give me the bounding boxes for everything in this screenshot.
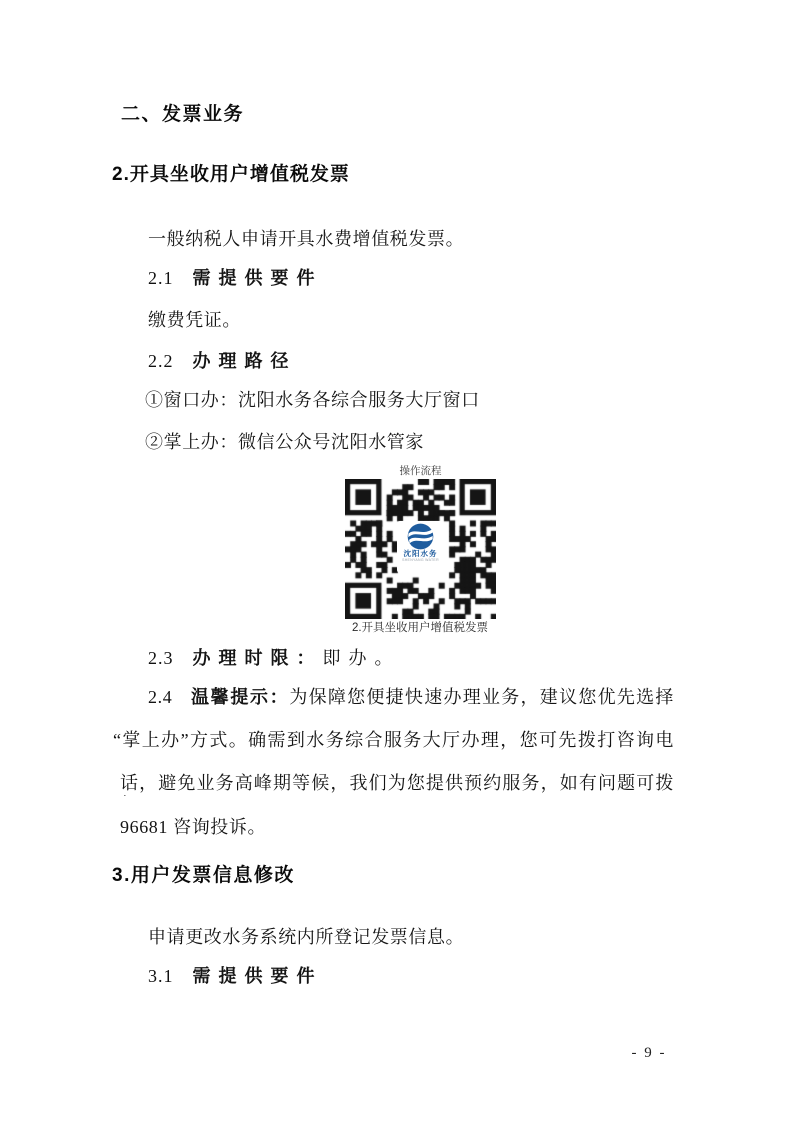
qr-code-block: 沈阳水务 SHENYANG WATER xyxy=(345,479,496,619)
subsection-2-1-body: 缴费凭证。 xyxy=(148,309,241,332)
section-2-heading: 2.开具坐收用户增值税发票 xyxy=(112,163,350,187)
subsection-2-2-title: 办理路径 xyxy=(193,351,297,371)
notice-paragraph-line-2: “掌上办”方式。确需到水务综合服务大厅办理，您可先拨打咨询电 xyxy=(113,729,674,753)
notice-text-line-1: 为保障您便捷快速办理业务，建议您优先选择 xyxy=(289,687,674,707)
section-2-intro: 一般纳税人申请开具水费增值税发票。 xyxy=(148,228,464,251)
qr-logo-subtext: SHENYANG WATER xyxy=(402,558,439,562)
page-number: - 9 - xyxy=(618,1044,680,1063)
subsection-2-1-heading: 2.1需提供要件 xyxy=(148,267,323,290)
subsection-2-3-label: 办理时限： xyxy=(193,648,323,668)
channel-window-line: ①窗口办：沈阳水务各综合服务大厅窗口 xyxy=(145,389,480,412)
qr-logo-text: 沈阳水务 xyxy=(404,550,438,558)
notice-paragraph-line-3: 话，避免业务高峰期等候，我们为您提供预约服务，如有问题可拨打 xyxy=(120,772,674,796)
qr-caption: 2.开具坐收用户增值税发票 xyxy=(320,621,520,635)
qr-top-label: 操作流程 xyxy=(345,465,496,478)
document-page: 二、发票业务 2.开具坐收用户增值税发票 一般纳税人申请开具水费增值税发票。 2… xyxy=(0,0,794,1123)
subsection-2-3-value: 即办。 xyxy=(323,648,401,668)
subsection-2-3-line: 2.3办理时限：即办。 xyxy=(148,647,401,670)
subsection-2-1-title: 需提供要件 xyxy=(193,268,323,288)
notice-paragraph-line-4: 96681 咨询投诉。 xyxy=(120,816,266,839)
notice-paragraph-line-1: 2.4温馨提示：为保障您便捷快速办理业务，建议您优先选择 xyxy=(148,686,674,710)
subsection-2-4-label: 温馨提示： xyxy=(190,687,289,707)
subsection-2-2-number: 2.2 xyxy=(148,351,174,371)
channel-mobile-line: ②掌上办：微信公众号沈阳水管家 xyxy=(145,431,424,454)
subsection-2-4-number: 2.4 xyxy=(148,687,172,707)
subsection-2-3-number: 2.3 xyxy=(148,648,174,668)
subsection-3-1-heading: 3.1需提供要件 xyxy=(148,965,323,988)
section-3-intro: 申请更改水务系统内所登记发票信息。 xyxy=(148,926,464,949)
chapter-heading: 二、发票业务 xyxy=(121,103,244,127)
subsection-2-1-number: 2.1 xyxy=(148,268,174,288)
water-wave-logo-icon xyxy=(407,523,434,550)
section-3-heading: 3.用户发票信息修改 xyxy=(112,864,295,888)
subsection-3-1-number: 3.1 xyxy=(148,966,174,986)
subsection-3-1-title: 需提供要件 xyxy=(193,966,323,986)
qr-logo: 沈阳水务 SHENYANG WATER xyxy=(397,521,444,573)
subsection-2-2-heading: 2.2办理路径 xyxy=(148,350,297,373)
